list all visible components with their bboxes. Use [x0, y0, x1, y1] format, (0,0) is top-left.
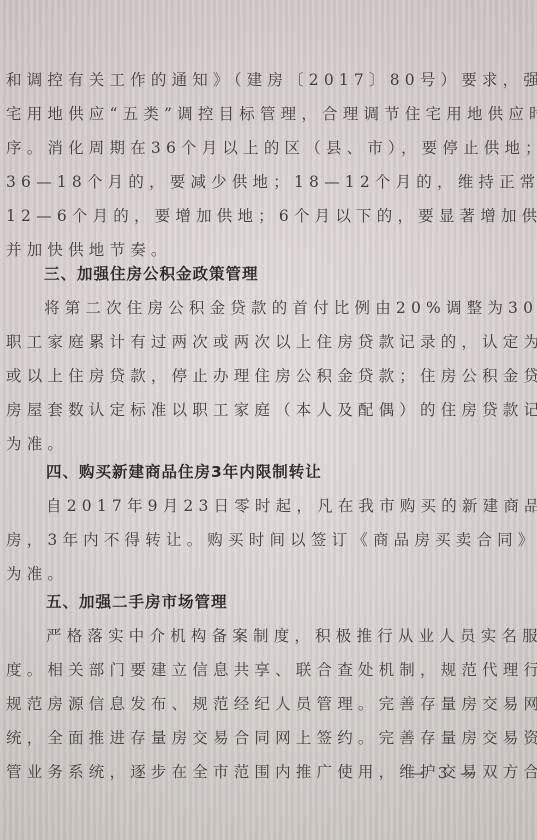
body-line: 序。消化周期在36个月以上的区（县、市），要停止供地；	[6, 136, 537, 158]
body-line: 36—18个月的，要减少供地；18—12个月的，维持正常供地；	[6, 170, 537, 192]
body-line: 度。相关部门要建立信息共享、联合查处机制，规范代理行为，	[6, 658, 537, 680]
body-line: 为准。	[6, 432, 68, 454]
body-line: 房屋套数认定标准以职工家庭（本人及配偶）的住房贷款记录	[6, 398, 537, 420]
photo-stripe-overlay	[0, 0, 537, 840]
body-line: 和调控有关工作的通知》（建房〔2017〕80号）要求，强化住	[6, 68, 537, 90]
body-line: 严格落实中介机构备案制度，积极推行从业人员实名服务制	[46, 624, 537, 646]
body-line: 统，全面推进存量房交易合同网上签约。完善存量房交易资金监	[6, 726, 537, 748]
body-line: 规范房源信息发布、规范经纪人员管理。完善存量房交易网签系	[6, 692, 537, 714]
body-line: 房，3年内不得转让。购买时间以签订《商品房买卖合同》时间	[6, 528, 537, 550]
body-line: 自2017年9月23日零时起，凡在我市购买的新建商品住	[46, 494, 537, 516]
body-line: 12—6个月的，要增加供地；6个月以下的，要显著增加供地，	[6, 204, 537, 226]
photo-vignette	[0, 0, 537, 840]
page-number: — 3 —	[410, 764, 479, 782]
section-heading-5: 五、加强二手房市场管理	[46, 590, 228, 612]
section-heading-4: 四、购买新建商品住房3年内限制转让	[46, 460, 322, 482]
body-line: 为准。	[6, 562, 68, 584]
section-heading-3: 三、加强住房公积金政策管理	[44, 262, 259, 284]
body-line: 职工家庭累计有过两次或两次以上住房贷款记录的，认定为三套	[6, 330, 537, 352]
body-line: 将第二次住房公积金贷款的首付比例由20%调整为30%；	[44, 296, 537, 318]
body-line: 并加快供地节奏。	[6, 238, 172, 260]
body-line: 或以上住房贷款，停止办理住房公积金贷款；住房公积金贷款的	[6, 364, 537, 386]
body-line: 宅用地供应“五类”调控目标管理，合理调节住宅用地供应时	[6, 102, 537, 124]
